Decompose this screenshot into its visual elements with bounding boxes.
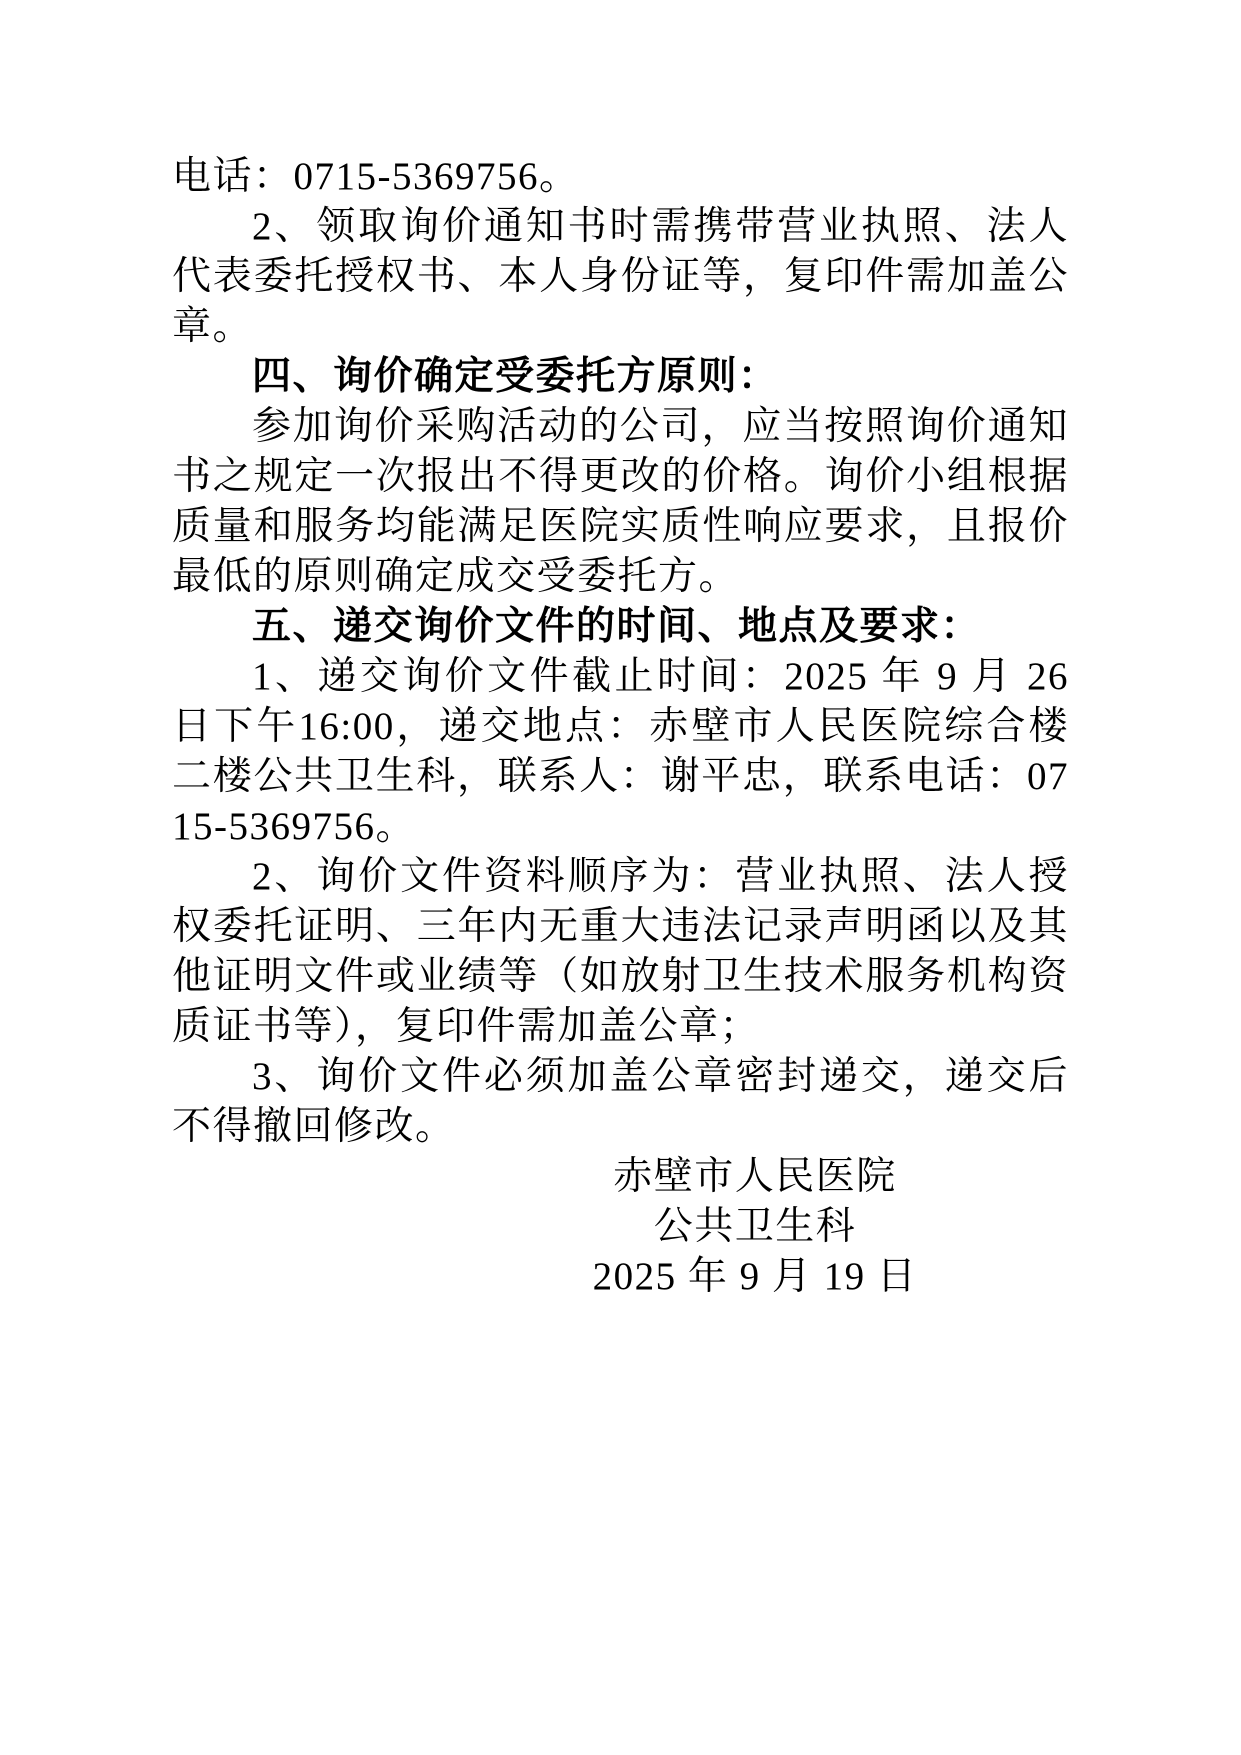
- paragraph-document-order: 2、询价文件资料顺序为：营业执照、法人授权委托证明、三年内无重大违法记录声明函以…: [172, 852, 1069, 1052]
- paragraph-submission-deadline: 1、递交询价文件截止时间：2025 年 9 月 26 日下午16:00，递交地点…: [172, 652, 1069, 852]
- heading-section-5-submission: 五、递交询价文件的时间、地点及要求：: [172, 602, 1069, 652]
- signature-department: 公共卫生科: [441, 1202, 1069, 1252]
- document-page: 电话：0715-5369756。 2、领取询价通知书时需携带营业执照、法人代表委…: [0, 0, 1241, 1755]
- signature-block: 赤壁市人民医院 公共卫生科 2025 年 9 月 19 日: [172, 1152, 1069, 1302]
- paragraph-selection-principle: 参加询价采购活动的公司，应当按照询价通知书之规定一次报出不得更改的价格。询价小组…: [172, 402, 1069, 602]
- signature-organization: 赤壁市人民医院: [441, 1152, 1069, 1202]
- paragraph-seal-requirement: 3、询价文件必须加盖公章密封递交，递交后不得撤回修改。: [172, 1052, 1069, 1152]
- heading-section-4-principle: 四、询价确定受委托方原则：: [172, 352, 1069, 402]
- paragraph-pickup-requirements: 2、领取询价通知书时需携带营业执照、法人代表委托授权书、本人身份证等，复印件需加…: [172, 202, 1069, 352]
- paragraph-phone-continuation: 电话：0715-5369756。: [172, 152, 1069, 202]
- signature-date: 2025 年 9 月 19 日: [441, 1252, 1069, 1302]
